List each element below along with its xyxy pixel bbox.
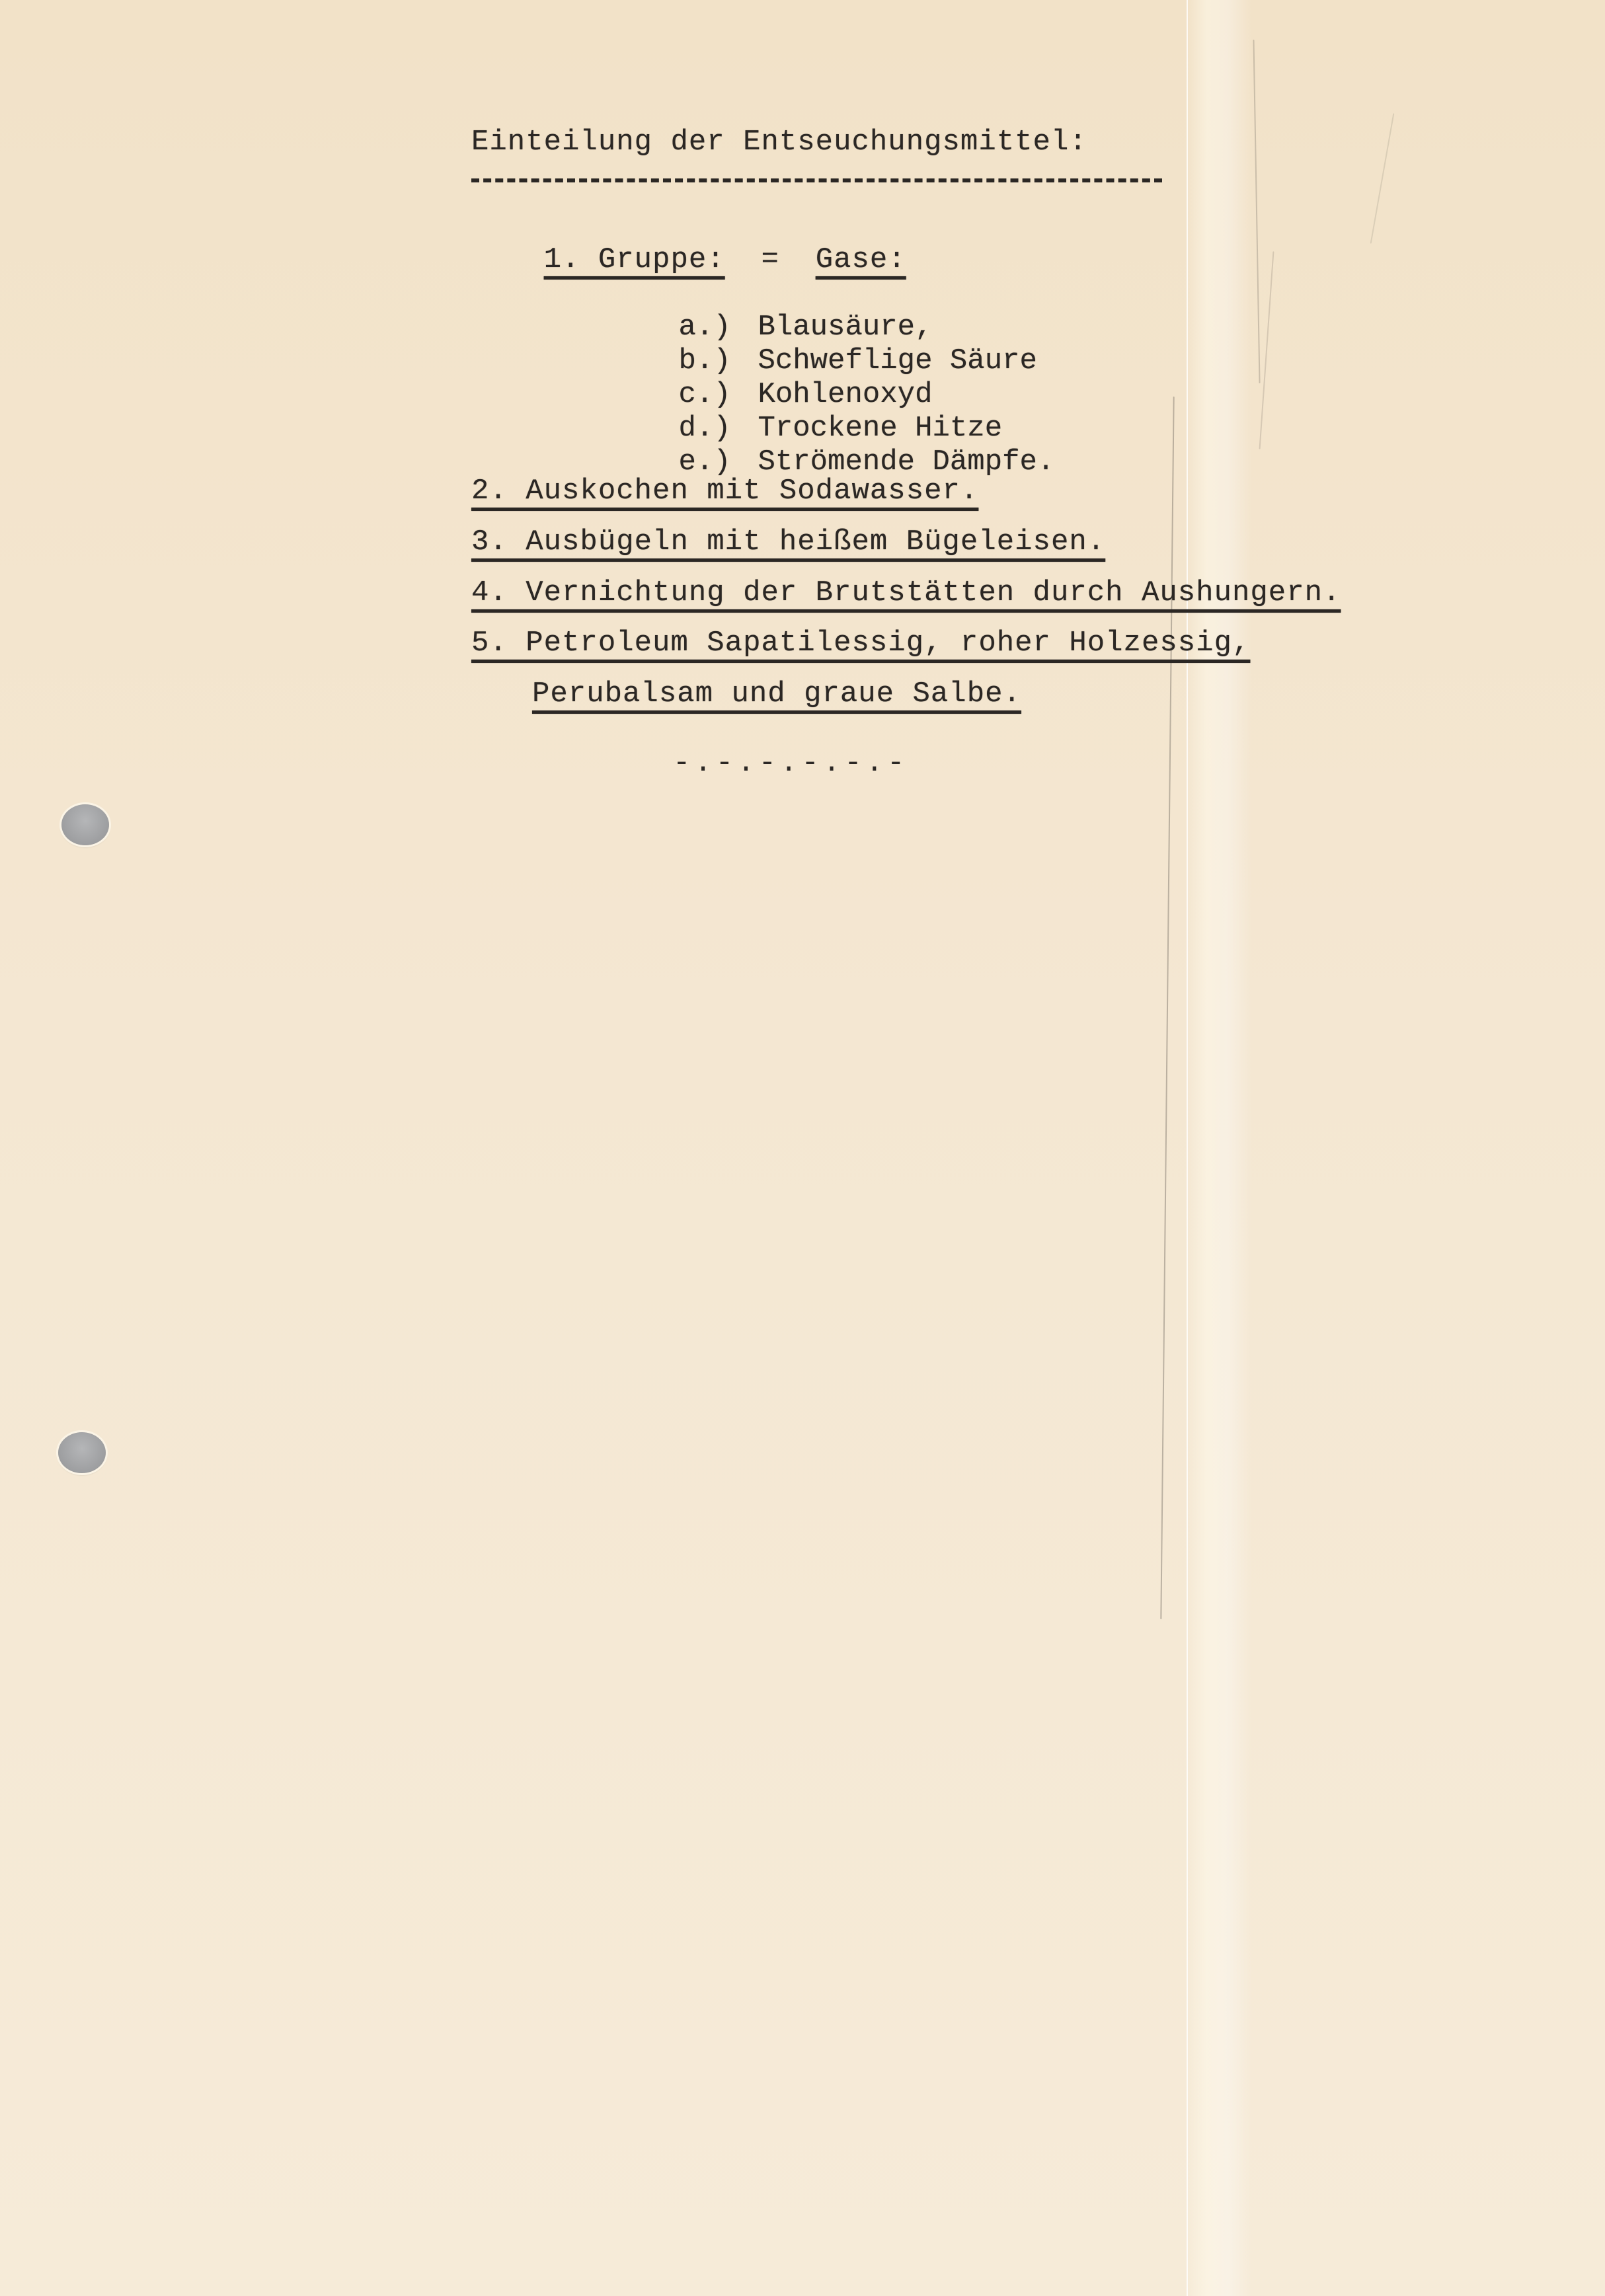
list-item: a.)Blausäure, [574, 278, 1054, 311]
gas-list: a.)Blausäure, b.)Schweflige Säure c.)Koh… [574, 278, 1054, 446]
punch-hole-top [61, 804, 109, 845]
list-item: e.)Strömende Dämpfe. [574, 412, 1054, 446]
item-2: 2. Auskochen mit Sodawasser. [471, 475, 978, 508]
list-item-text: Strömende Dämpfe. [758, 445, 1054, 478]
group-1-category: Gase: [816, 243, 906, 276]
group-1-equals: = [761, 243, 779, 276]
title-rule [471, 178, 1162, 182]
group-1-label: 1. Gruppe: [544, 243, 725, 276]
fold-crease [1187, 0, 1188, 2296]
list-item: b.)Schweflige Säure [574, 311, 1054, 345]
list-item: c.)Kohlenoxyd [574, 345, 1054, 379]
item-5: 5. Petroleum Sapatilessig, roher Holzess… [471, 627, 1250, 660]
list-marker: e.) [678, 445, 758, 478]
item-4: 4. Vernichtung der Brutstätten durch Aus… [471, 576, 1341, 609]
item-3: 3. Ausbügeln mit heißem Bügeleisen. [471, 525, 1105, 558]
punch-hole-bottom [58, 1432, 106, 1473]
list-item: d.)Trockene Hitze [574, 379, 1054, 412]
document-title: Einteilung der Entseuchungsmittel: [471, 126, 1087, 159]
item-5-continuation: Perubalsam und graue Salbe. [532, 677, 1021, 710]
closing-mark: -.-.-.-.-.- [673, 747, 908, 780]
